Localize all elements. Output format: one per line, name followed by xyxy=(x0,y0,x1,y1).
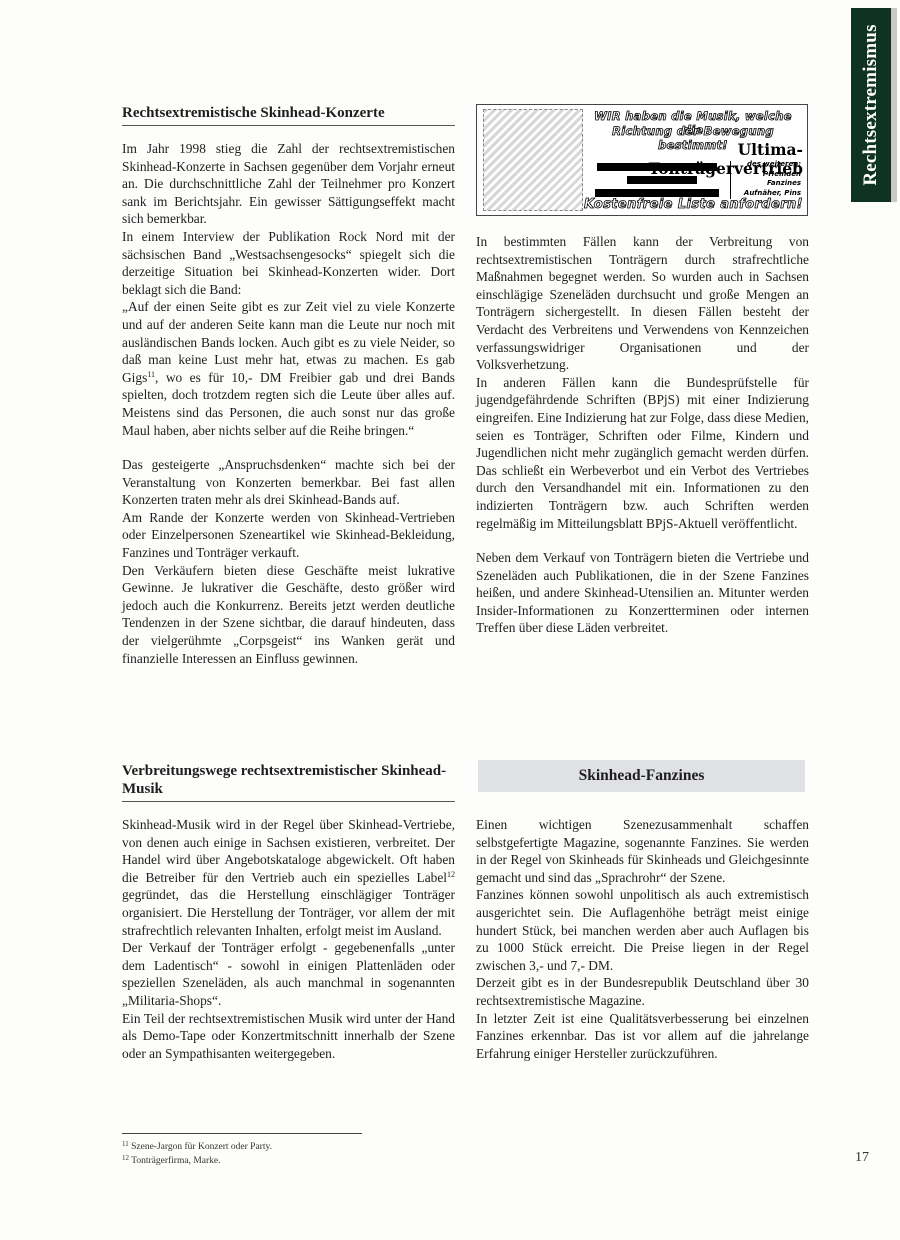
footnotes: 11 Szene-Jargon für Konzert oder Party. … xyxy=(122,1133,362,1168)
footnote-ref: 12 xyxy=(447,870,455,879)
section-heading: Rechtsextremistische Skinhead-Konzerte xyxy=(122,104,455,126)
paragraph: In bestimmten Fällen kann der Verbreitun… xyxy=(476,233,809,374)
paragraph: In einem Interview der Publikation Rock … xyxy=(122,228,455,298)
section-skinhead-concerts-continued: In bestimmten Fällen kann der Verbreitun… xyxy=(476,233,809,637)
section-heading-box: Skinhead-Fanzines xyxy=(478,760,805,792)
paragraph: Den Verkäufern bieten diese Geschäfte me… xyxy=(122,562,455,668)
page-number: 17 xyxy=(855,1150,869,1166)
paragraph: In letzter Zeit ist eine Qualitätsverbes… xyxy=(476,1010,809,1063)
section-tab-label: Rechtsextremismus xyxy=(860,24,882,185)
paragraph: Im Jahr 1998 stieg die Zahl der rechtsex… xyxy=(122,140,455,228)
redaction-bar xyxy=(627,176,697,184)
paragraph: Neben dem Verkauf von Tonträgern bieten … xyxy=(476,549,809,637)
ad-extra-item: T-Hemden xyxy=(744,170,801,180)
paragraph: Einen wichtigen Szenezusammenhalt schaff… xyxy=(476,816,809,886)
quote-text: , wo es für 10,- DM Freibier gab und dre… xyxy=(122,370,455,438)
redaction-bar xyxy=(595,189,719,197)
ad-extra-item: des weiteren: xyxy=(744,160,801,170)
illustration-placeholder xyxy=(483,109,583,211)
paragraph: Am Rande der Konzerte werden von Skinhea… xyxy=(122,509,455,562)
quote-paragraph: „Auf der einen Seite gibt es zur Zeit vi… xyxy=(122,298,455,439)
section-tab: Rechtsextremismus xyxy=(851,8,891,202)
footnote: 11 Szene-Jargon für Konzert oder Party. xyxy=(122,1140,362,1154)
paragraph-text: Skinhead-Musik wird in der Regel über Sk… xyxy=(122,817,455,885)
footnote-number: 11 xyxy=(122,1140,129,1148)
paragraph: In anderen Fällen kann die Bundesprüfste… xyxy=(476,374,809,532)
paragraph: Skinhead-Musik wird in der Regel über Sk… xyxy=(122,816,455,939)
advertisement-image: WIR haben die Musik, welche die Richtung… xyxy=(476,104,808,216)
footnote-number: 12 xyxy=(122,1154,129,1162)
footnote-ref: 11 xyxy=(147,370,155,379)
paragraph: Fanzines können sowohl unpolitisch als a… xyxy=(476,886,809,974)
footnote: 12 Tonträgerfirma, Marke. xyxy=(122,1154,362,1168)
redaction-bar xyxy=(597,163,717,171)
ad-extras-list: des weiteren: T-Hemden Fanzines Aufnäher… xyxy=(744,160,801,198)
ad-extra-item: Fanzines xyxy=(744,179,801,189)
paragraph-text: gegründet, das die Herstellung einschläg… xyxy=(122,887,455,937)
paragraph: Ein Teil der rechtsextremistischen Musik… xyxy=(122,1010,455,1063)
ad-call-to-action: Kostenfreie Liste anfordern! xyxy=(537,197,803,212)
paragraph: Derzeit gibt es in der Bundesrepublik De… xyxy=(476,974,809,1009)
paragraph: Das gesteigerte „Anspruchsdenken“ machte… xyxy=(122,456,455,509)
footnote-text: Tonträgerfirma, Marke. xyxy=(131,1156,220,1166)
section-heading: Verbreitungswege rechtsextremistischer S… xyxy=(122,762,455,802)
section-skinhead-concerts: Rechtsextremistische Skinhead-Konzerte I… xyxy=(122,104,455,667)
section-distribution-channels: Verbreitungswege rechtsextremistischer S… xyxy=(122,762,455,1062)
footnote-text: Szene-Jargon für Konzert oder Party. xyxy=(131,1142,272,1152)
section-fanzines: Einen wichtigen Szenezusammenhalt schaff… xyxy=(476,816,809,1062)
divider xyxy=(730,161,731,199)
paragraph: Der Verkauf der Tonträger erfolgt - gege… xyxy=(122,939,455,1009)
